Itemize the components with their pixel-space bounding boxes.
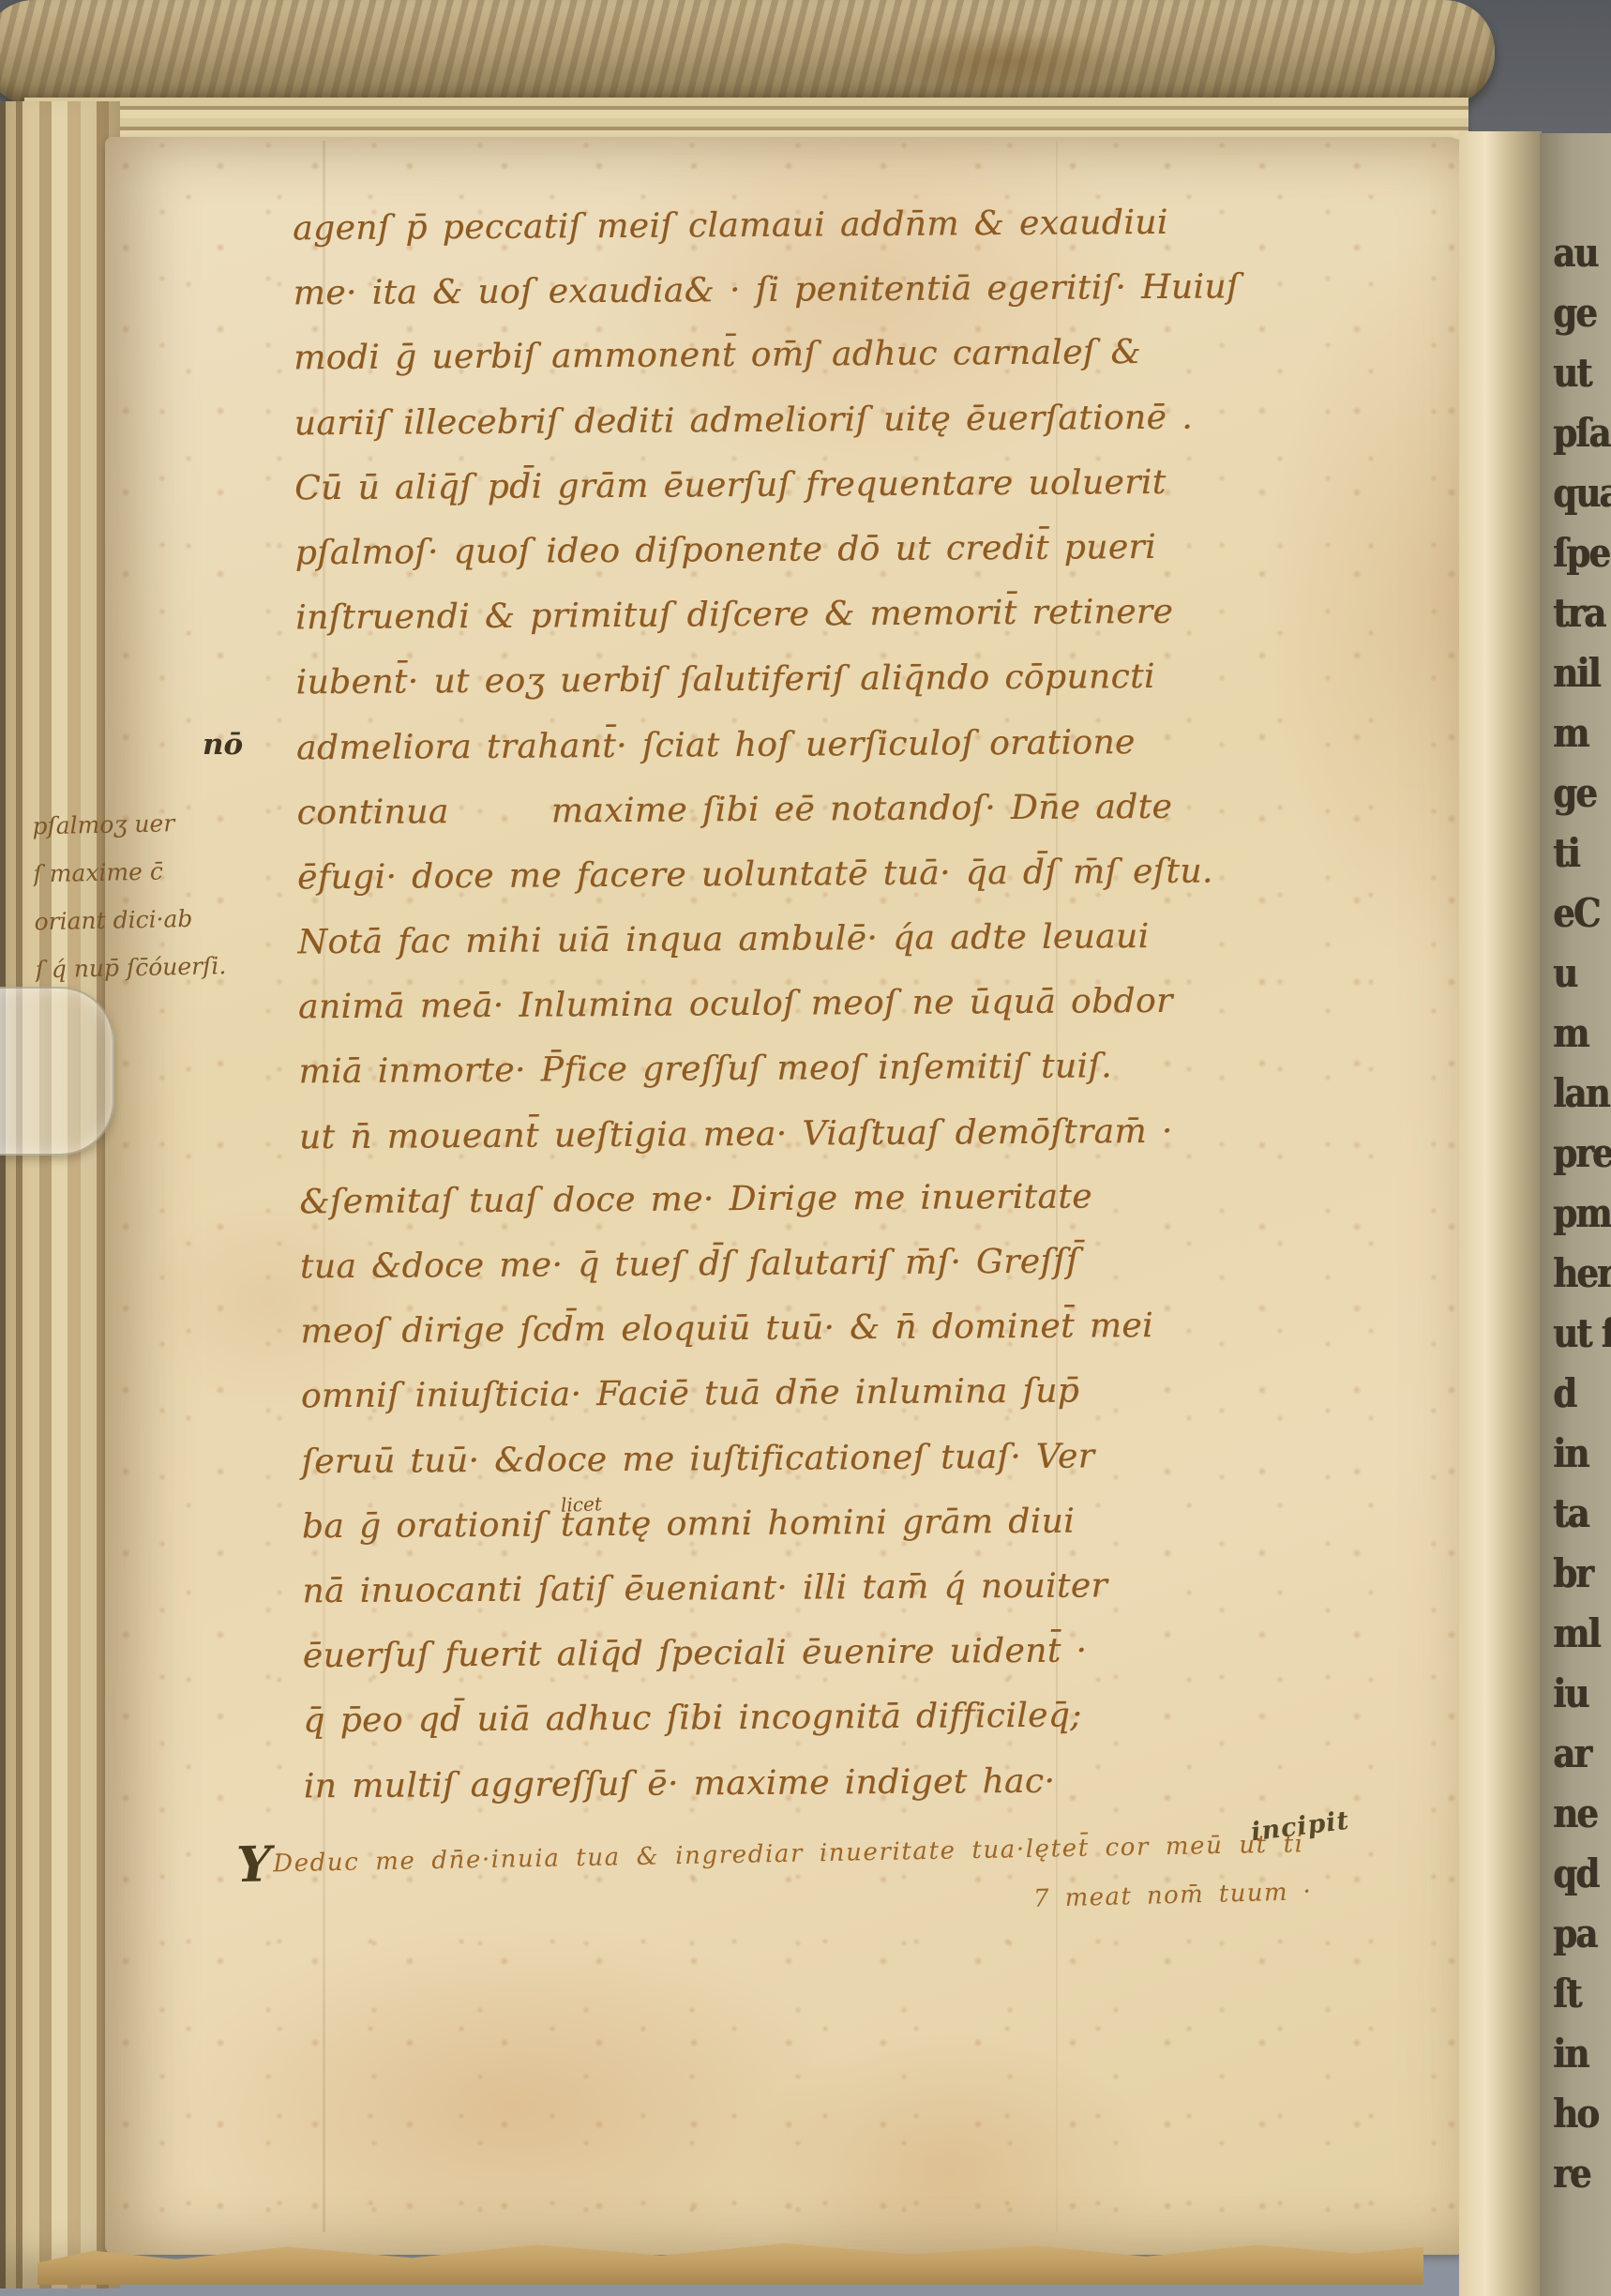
- facing-text-fragment: re: [1553, 2144, 1611, 2204]
- text-line: inſtruendi & primituſ diſcere & memorit̄…: [295, 580, 1196, 651]
- facing-text-fragment: ar: [1553, 1724, 1611, 1784]
- facing-text-fragment: ge: [1553, 763, 1611, 823]
- margin-gloss-line: oriant dici·ab: [34, 892, 335, 946]
- facing-text-fragment: tra: [1553, 583, 1611, 643]
- text-line: in multiſ aggreſſuſ ē· maxime indiget ha…: [304, 1747, 1204, 1819]
- main-text-block: agenſ p̄ peccatiſ meiſ clamaui addn̄m & …: [293, 190, 1204, 1819]
- text-line: ēuerſuſ fuerit aliq̄d ſpeciali ēuenire u…: [303, 1618, 1203, 1689]
- text-line: modi ḡ uerbiſ ammonent̄ om̄ſ adhuc carna…: [294, 320, 1194, 391]
- text-line: ut n̄ moueant̄ ueſtigia mea· Viaſtuaſ de…: [299, 1098, 1199, 1170]
- facing-text-fragment: lan: [1553, 1064, 1611, 1124]
- facing-text-fragment: ſpe: [1553, 523, 1611, 583]
- text-line: q̄ p̄eo qd̄ uiā adhuc ſibi incognitā dif…: [303, 1683, 1203, 1754]
- margin-gloss-block: pſalmoʒ uerſ maxime c̄oriant dici·abſ q́…: [32, 796, 336, 994]
- facing-text-fragment: pm: [1553, 1184, 1611, 1244]
- page-holder-clip: [0, 987, 114, 1156]
- text-line: continua maxime ſibi eē notandoſ· Dn̄e a…: [296, 774, 1197, 845]
- text-line: ſeruū tuū· &doce me iuſtificationeſ tuaſ…: [301, 1423, 1201, 1494]
- facing-text-fragment: nil: [1553, 643, 1611, 703]
- facing-text-fragment: br: [1553, 1544, 1611, 1604]
- text-line: &ſemitaſ tuaſ doce me· Dirige me inuerit…: [299, 1163, 1199, 1234]
- headband-spine-roll: [0, 0, 1495, 105]
- facing-text-fragment: pre: [1553, 1124, 1611, 1184]
- facing-text-fragment: qd: [1553, 1844, 1611, 1904]
- facing-text-fragment: ſt: [1553, 1964, 1611, 2024]
- text-line: omniſ iniuſticia· Faciē tuā dn̄e inlumin…: [301, 1358, 1201, 1429]
- margin-nota-mark: nō: [203, 728, 243, 762]
- manuscript-photo: augeutpſaquaſpetranilmgetieCumlanprepmhe…: [0, 0, 1611, 2296]
- fore-edge-fold: [1459, 131, 1542, 2296]
- facing-page-text-column: augeutpſaquaſpetranilmgetieCumlanprepmhe…: [1553, 223, 1611, 2204]
- headband-stain: [883, 28, 1127, 94]
- facing-text-fragment: m: [1553, 1004, 1611, 1064]
- gutter-leaf-edges: [0, 101, 120, 2288]
- text-line: uariiſ illecebriſ dediti admelioriſ uitę…: [294, 385, 1194, 456]
- facing-text-fragment: qua: [1553, 463, 1611, 523]
- text-line: meoſ dirige ſcd̄m eloquiū tuū· & n̄ domi…: [300, 1293, 1200, 1365]
- text-line: ba ḡ orationiſ tantę omni homini grām di…: [302, 1488, 1202, 1559]
- facing-text-fragment: ne: [1553, 1784, 1611, 1844]
- text-line: pſalmoſ· quoſ ideo diſponente dō ut cred…: [294, 515, 1195, 586]
- text-line: Cū ū aliq̄ſ pd̄i grām ēuerſuſ frequentar…: [294, 449, 1195, 521]
- facing-text-fragment: au: [1553, 223, 1611, 283]
- margin-gloss-line: pſalmoʒ uer: [32, 796, 333, 851]
- facing-text-fragment: ho: [1553, 2084, 1611, 2144]
- text-line: tua &doce me· q̄ tueſ d̄ſ ſalutariſ m̄ſ·…: [300, 1229, 1200, 1300]
- text-line: me· ita & uoſ exaudia& · ſi penitentiā e…: [293, 255, 1193, 326]
- facing-text-fragment: d: [1553, 1364, 1611, 1424]
- text-line: nā inuocanti ſatiſ ēueniant· illi tam̄ q…: [302, 1553, 1202, 1624]
- interlinear-gloss-licet: licet: [561, 1492, 603, 1517]
- text-line: animā meā· Inlumina oculoſ meoſ ne ūquā …: [298, 969, 1198, 1040]
- facing-text-fragment: her e: [1553, 1244, 1611, 1304]
- facing-text-fragment: eC: [1553, 884, 1611, 944]
- facing-text-fragment: ge: [1553, 283, 1611, 343]
- facing-text-fragment: u: [1553, 944, 1611, 1004]
- facing-text-fragment: m: [1553, 703, 1611, 763]
- text-line: agenſ p̄ peccatiſ meiſ clamaui addn̄m & …: [293, 190, 1193, 262]
- facing-text-fragment: ml: [1553, 1604, 1611, 1664]
- margin-gloss-line: ſ maxime c̄: [33, 844, 334, 899]
- facing-text-fragment: in: [1553, 1424, 1611, 1484]
- facing-page-sliver: augeutpſaquaſpetranilmgetieCumlanprepmhe…: [1540, 133, 1611, 2296]
- facing-text-fragment: ut: [1553, 343, 1611, 403]
- facing-text-fragment: pa: [1553, 1904, 1611, 1964]
- text-line: Notā fac mihi uiā inqua ambulē· q́a adte…: [297, 904, 1197, 975]
- text-line: ēfugi· doce me facere uoluntatē tuā· q̄a…: [297, 839, 1197, 911]
- facing-text-fragment: pſa: [1553, 403, 1611, 463]
- facing-text-fragment: ti: [1553, 823, 1611, 884]
- facing-text-fragment: ut ſe: [1553, 1304, 1611, 1364]
- facing-text-fragment: in: [1553, 2024, 1611, 2084]
- text-line: admeliora trahant̄· ſciat hoſ uerſiculoſ…: [296, 709, 1197, 780]
- text-line: iubent̄· ut eoʒ uerbiſ ſalutiferiſ aliq̄…: [295, 644, 1196, 716]
- margin-gloss-line: ſ q́ nup̄ ſc̄óuerſi.: [35, 940, 336, 994]
- facing-text-fragment: ta: [1553, 1484, 1611, 1544]
- added-verse-initial: Y: [236, 1835, 272, 1894]
- facing-text-fragment: iu: [1553, 1664, 1611, 1724]
- text-line: miā inmorte· P̄fice greſſuſ meoſ inſemit…: [298, 1034, 1198, 1105]
